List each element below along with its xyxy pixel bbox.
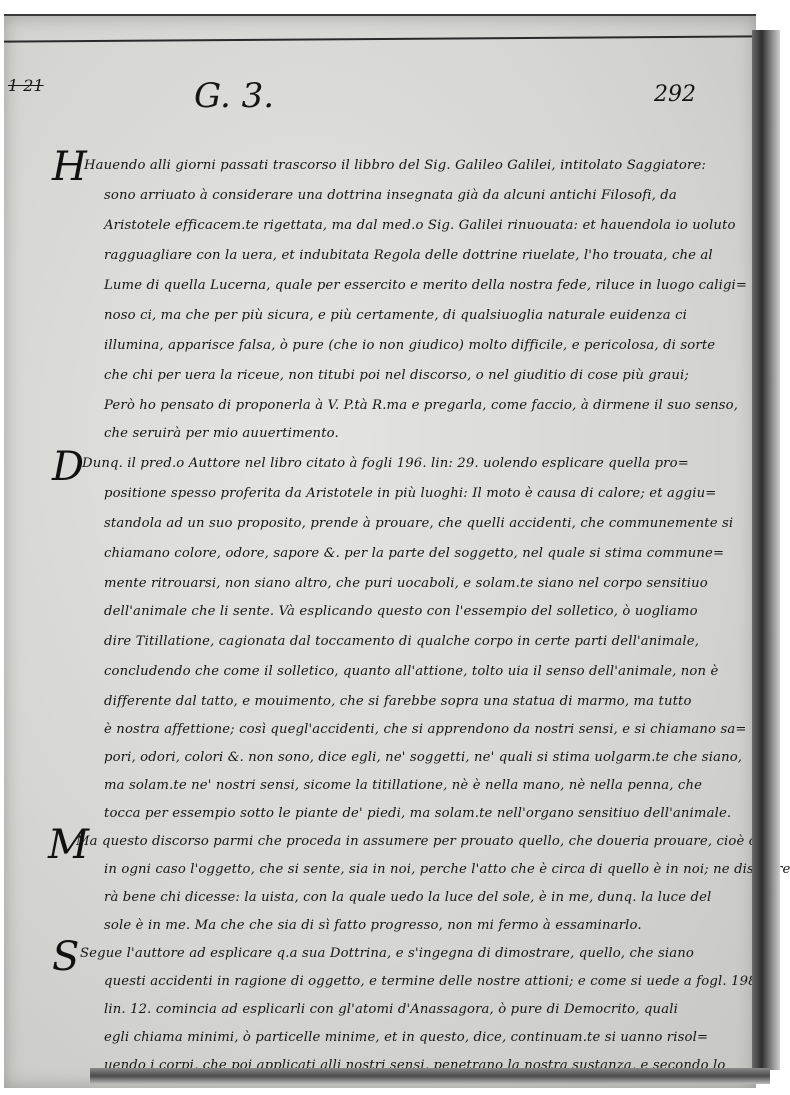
text-line: rà bene chi dicesse: la uista, con la qu… (104, 890, 711, 905)
text-line: dire Titillatione, cagionata dal toccame… (104, 634, 699, 649)
text-line: Ma questo discorso parmi che proceda in … (76, 834, 773, 849)
struck-folio-mark: 1 21 (8, 76, 44, 95)
text-line: standola ad un suo proposito, prende à p… (104, 516, 733, 531)
text-line: sono arriuato à considerare una dottrina… (104, 188, 677, 203)
text-line: noso ci, ma che per più sicura, e più ce… (104, 308, 687, 323)
text-line: in ogni caso l'oggetto, che si sente, si… (104, 862, 790, 877)
page-number: 292 (654, 82, 696, 107)
stacked-page-edges-bottom (90, 1068, 770, 1084)
text-line: Però ho pensato di proponerla à V. P.tà … (104, 398, 738, 413)
text-line: positione spesso proferita da Aristotele… (104, 486, 716, 501)
paragraph-initial: D (52, 444, 84, 490)
paragraph-initial: H (52, 144, 87, 190)
text-line: differente dal tatto, e mouimento, che s… (104, 694, 692, 709)
text-line: mente ritrouarsi, non siano altro, che p… (104, 576, 708, 591)
paragraph-initial: S (52, 934, 79, 980)
text-line: chiamano colore, odore, sapore &. per la… (104, 546, 724, 561)
text-line: lin. 12. comincia ad esplicarli con gl'a… (104, 1002, 678, 1017)
text-line: Lume di quella Lucerna, quale per esserc… (104, 278, 747, 293)
stacked-page-edges-right (752, 30, 780, 1070)
text-line: illumina, apparisce falsa, ò pure (che i… (104, 338, 715, 353)
text-line: Hauendo alli giorni passati trascorso il… (84, 158, 706, 173)
text-line: tocca per essempio sotto le piante de' p… (104, 806, 731, 821)
top-edge-rule (4, 35, 756, 42)
text-line: che seruirà per mio auuertimento. (104, 426, 339, 441)
text-line: egli chiama minimi, ò particelle minime,… (104, 1030, 708, 1045)
manuscript-page: 1 21 G. 3. 292 H Hauendo alli giorni pas… (4, 14, 756, 1088)
signature-mark: G. 3. (194, 76, 274, 116)
text-line: questi accidenti in ragione di oggetto, … (104, 974, 761, 989)
text-line: dell'animale che li sente. Và esplicando… (104, 604, 698, 619)
text-line: ragguagliare con la uera, et indubitata … (104, 248, 713, 263)
text-line: sole è in me. Ma che che sia di sì fatto… (104, 918, 642, 933)
text-line: ma solam.te ne' nostri sensi, sicome la … (104, 778, 702, 793)
text-line: concludendo che come il solletico, quant… (104, 664, 718, 679)
text-line: che chi per uera la riceue, non titubi p… (104, 368, 689, 383)
text-line: Aristotele efficacem.te rigettata, ma da… (104, 218, 736, 233)
text-line: pori, odori, colori &. non sono, dice eg… (104, 750, 742, 765)
text-line: Dunq. il pred.o Auttore nel libro citato… (82, 456, 689, 471)
text-line: Segue l'auttore ad esplicare q.a sua Dot… (80, 946, 694, 961)
text-line: è nostra affettione; così quegl'accident… (104, 722, 747, 737)
